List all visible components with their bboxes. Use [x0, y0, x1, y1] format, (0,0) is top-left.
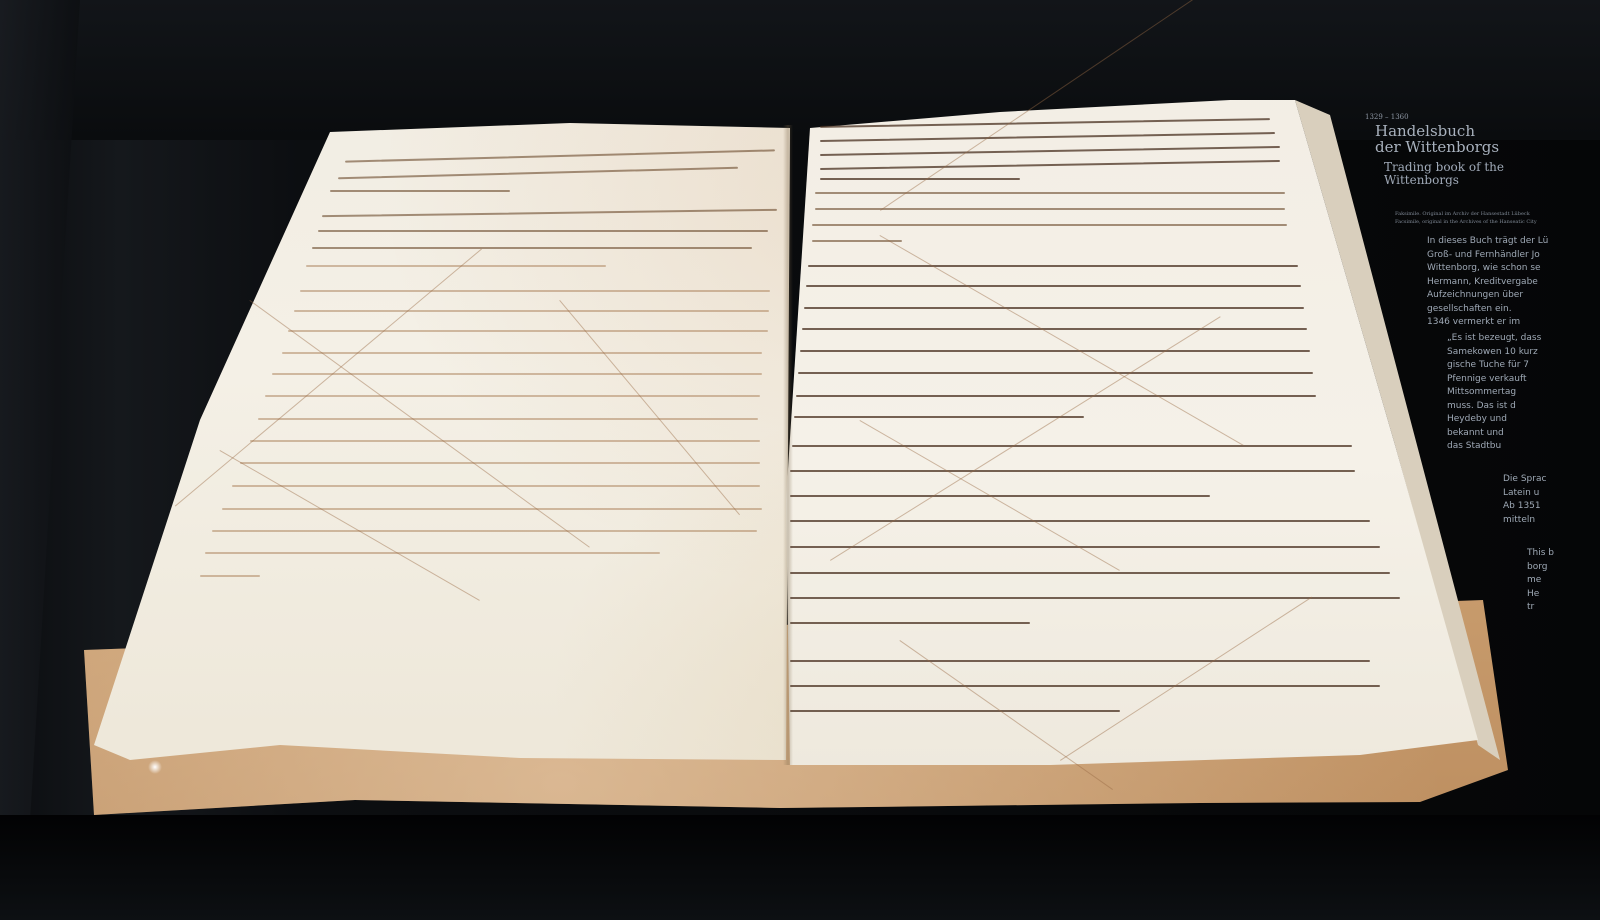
handwriting-line [790, 685, 1380, 687]
handwriting-line [790, 710, 1120, 712]
info-panel: 1329 – 1360 Handelsbuch der Wittenborgs … [1355, 95, 1600, 815]
handwriting-line [790, 622, 1030, 624]
handwriting-line [790, 495, 1210, 497]
handwriting-line [265, 395, 760, 397]
handwriting-line [240, 462, 760, 464]
handwriting-line [820, 178, 1020, 180]
handwriting-line [792, 445, 1352, 447]
handwriting-line [790, 470, 1355, 472]
handwriting-line [815, 192, 1285, 194]
handwriting-line [200, 575, 260, 577]
handwriting-line [222, 508, 762, 510]
handwriting-line [800, 350, 1310, 352]
panel-body-english: This b borg me He tr [1527, 547, 1554, 615]
handwriting-line [815, 208, 1285, 210]
handwriting-line [330, 190, 510, 192]
light-glare [148, 760, 162, 774]
handwriting-line [790, 660, 1370, 662]
panel-body-german-2: „Es ist bezeugt, dass Samekowen 10 kurz … [1447, 332, 1541, 454]
handwriting-line [798, 372, 1313, 374]
handwriting-line [306, 265, 606, 267]
handwriting-line [205, 552, 660, 554]
handwriting-line [294, 310, 769, 312]
handwriting-line [806, 285, 1301, 287]
handwriting-line [300, 290, 770, 292]
handwriting-line [794, 416, 1084, 418]
handwriting-line [796, 395, 1316, 397]
panel-body-german-1: In dieses Buch trägt der Lü Groß- und Fe… [1427, 235, 1548, 330]
panel-body-german-3: Die Sprac Latein u Ab 1351 mitteln [1503, 473, 1546, 527]
handwriting-line [790, 572, 1390, 574]
handwriting-line [804, 307, 1304, 309]
handwriting-line [790, 520, 1370, 522]
handwriting-line [812, 224, 1287, 226]
handwriting-line [790, 546, 1380, 548]
handwriting-line [212, 530, 757, 532]
panel-date: 1329 – 1360 [1365, 113, 1409, 121]
handwriting-line [288, 330, 768, 332]
panel-title: Handelsbuch der Wittenborgs [1375, 123, 1499, 155]
handwriting-line [318, 230, 768, 232]
display-case-floor [0, 815, 1600, 920]
panel-credit: Faksimile. Original im Archiv der Hanses… [1395, 210, 1537, 226]
handwriting-line [272, 373, 762, 375]
handwriting-line [802, 328, 1307, 330]
handwriting-line [312, 247, 752, 249]
panel-subtitle: Trading book of the Wittenborgs [1384, 161, 1504, 187]
handwriting-line [258, 418, 758, 420]
handwriting-line [232, 485, 760, 487]
handwriting-line [250, 440, 760, 442]
handwriting-line [808, 265, 1298, 267]
